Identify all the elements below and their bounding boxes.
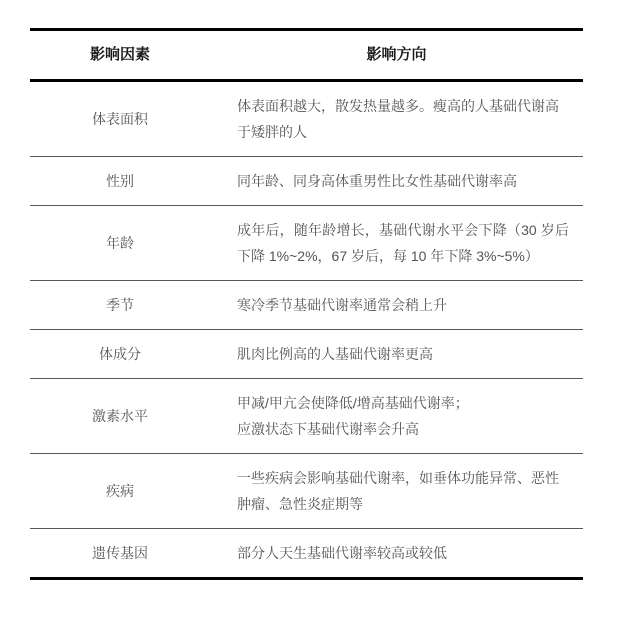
direction-text: 部分人天生基础代谢率较高或较低 (237, 540, 569, 566)
factor-cell: 体成分 (30, 330, 210, 378)
table-header-row: 影响因素 影响方向 (30, 31, 583, 82)
direction-cell: 一些疾病会影响基础代谢率，如垂体功能异常、恶性肿瘤、急性炎症期等 (210, 454, 583, 528)
table-row-hormone-level: 激素水平 甲减/甲亢会使降低/增高基础代谢率； 应激状态下基础代谢率会升高 (30, 379, 583, 454)
direction-text: 成年后，随年龄增长，基础代谢水平会下降（30 岁后下降 1%~2%，67 岁后，… (237, 217, 569, 269)
column-header-factor: 影响因素 (30, 31, 210, 79)
factor-cell: 季节 (30, 281, 210, 329)
direction-cell: 同年龄、同身高体重男性比女性基础代谢率高 (210, 157, 583, 205)
direction-cell: 部分人天生基础代谢率较高或较低 (210, 529, 583, 577)
factor-cell: 疾病 (30, 454, 210, 528)
table-row-age: 年龄 成年后，随年龄增长，基础代谢水平会下降（30 岁后下降 1%~2%，67 … (30, 206, 583, 281)
table-row-genetics: 遗传基因 部分人天生基础代谢率较高或较低 (30, 529, 583, 577)
direction-cell: 体表面积越大，散发热量越多。瘦高的人基础代谢高于矮胖的人 (210, 82, 583, 156)
table-row-body-composition: 体成分 肌肉比例高的人基础代谢率更高 (30, 330, 583, 379)
direction-text: 一些疾病会影响基础代谢率，如垂体功能异常、恶性肿瘤、急性炎症期等 (237, 465, 569, 517)
direction-text: 体表面积越大，散发热量越多。瘦高的人基础代谢高于矮胖的人 (237, 93, 569, 145)
table-row-body-surface-area: 体表面积 体表面积越大，散发热量越多。瘦高的人基础代谢高于矮胖的人 (30, 82, 583, 157)
direction-cell: 成年后，随年龄增长，基础代谢水平会下降（30 岁后下降 1%~2%，67 岁后，… (210, 206, 583, 280)
direction-cell: 寒冷季节基础代谢率通常会稍上升 (210, 281, 583, 329)
direction-cell: 甲减/甲亢会使降低/增高基础代谢率； 应激状态下基础代谢率会升高 (210, 379, 583, 453)
factor-cell: 遗传基因 (30, 529, 210, 577)
factor-cell: 激素水平 (30, 379, 210, 453)
table-row-gender: 性别 同年龄、同身高体重男性比女性基础代谢率高 (30, 157, 583, 206)
table-row-season: 季节 寒冷季节基础代谢率通常会稍上升 (30, 281, 583, 330)
direction-text: 同年龄、同身高体重男性比女性基础代谢率高 (237, 168, 569, 194)
direction-cell: 肌肉比例高的人基础代谢率更高 (210, 330, 583, 378)
direction-text: 寒冷季节基础代谢率通常会稍上升 (237, 292, 569, 318)
bmr-factors-table: 影响因素 影响方向 体表面积 体表面积越大，散发热量越多。瘦高的人基础代谢高于矮… (30, 28, 583, 580)
direction-text: 甲减/甲亢会使降低/增高基础代谢率； 应激状态下基础代谢率会升高 (237, 390, 569, 442)
factor-cell: 年龄 (30, 206, 210, 280)
table-row-disease: 疾病 一些疾病会影响基础代谢率，如垂体功能异常、恶性肿瘤、急性炎症期等 (30, 454, 583, 529)
page: 影响因素 影响方向 体表面积 体表面积越大，散发热量越多。瘦高的人基础代谢高于矮… (0, 0, 624, 627)
column-header-direction: 影响方向 (210, 31, 583, 79)
direction-text: 肌肉比例高的人基础代谢率更高 (237, 341, 569, 367)
factor-cell: 性别 (30, 157, 210, 205)
factor-cell: 体表面积 (30, 82, 210, 156)
